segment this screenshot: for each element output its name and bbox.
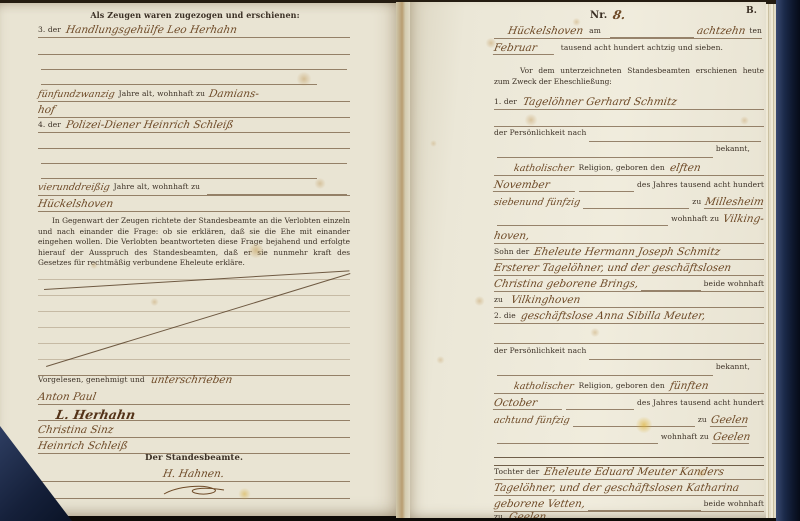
bride-birthyear: achtund fünfzig	[493, 415, 571, 426]
witness3-residence-b: hof	[37, 104, 56, 116]
groom-parents-1: Eheleute Hermann Joseph Schmitz	[533, 246, 721, 258]
groom-residence-line-b: hoven,	[494, 229, 764, 244]
bekannt-label: bekannt,	[716, 362, 750, 371]
registry-book-photo: Als Zeugen waren zugezogen und erschiene…	[0, 0, 800, 521]
residence-label: wohnhaft zu	[661, 432, 709, 441]
blank-fill-line	[497, 155, 713, 158]
flourish-line	[38, 484, 350, 499]
record-month: Februar	[493, 42, 556, 55]
groom-line: 1. der Tagelöhner Gerhard Schmitz	[494, 95, 764, 110]
bride-residence-line: wohnhaft zu Geelen	[494, 430, 764, 444]
blank-fill-line	[573, 424, 695, 427]
blank-ruled-line	[494, 329, 764, 344]
groom-residence-a: Vilking-	[722, 213, 765, 225]
groom-prefix: 1. der	[494, 97, 517, 106]
blank-fill-line	[497, 373, 713, 376]
record-place: Hückelshoven	[507, 25, 584, 37]
blank-fill-line	[41, 82, 317, 85]
zu-label: zu	[494, 512, 503, 518]
bride-parents-2: Tagelöhner, und der geschäftslosen Katha…	[493, 482, 740, 494]
intro-paragraph: Vor dem unterzeichneten Standesbeamten e…	[494, 66, 764, 87]
residence-label: wohnhaft zu	[671, 214, 719, 223]
witness4-name: Polizei-Diener Heinrich Schleiß	[65, 119, 234, 131]
declaration-paragraph: In Gegenwart der Zeugen richtete der Sta…	[38, 216, 350, 269]
blank-fill-line	[41, 176, 317, 179]
blank-fill-line	[566, 407, 634, 410]
groom-parents-line-3: Christina geborene Brings, beide wohnhaf…	[494, 277, 764, 292]
religion-label: Religion, geboren den	[579, 381, 665, 390]
bride-name: geschäftslose Anna Sibilla Meuter,	[520, 310, 706, 322]
signature-3: Christina Sinz	[37, 424, 114, 436]
bride-parents-line-2: Tagelöhner, und der geschäftslosen Katha…	[494, 481, 764, 496]
age-label: Jahre alt, wohnhaft zu	[119, 89, 205, 98]
record-number-label: Nr.	[590, 10, 607, 21]
unterschrieben-word: unterschrieben	[150, 374, 233, 386]
groom-parents-residence: Vilkinghoven	[510, 294, 581, 306]
blank-ruled-line	[38, 297, 350, 312]
bekannt-line	[38, 71, 350, 85]
blank-ruled-line	[38, 345, 350, 360]
bekannt-line: bekannt,	[494, 362, 764, 376]
bride-parents-line-1: Tochter der Eheleute Eduard Meuter Kande…	[494, 465, 764, 480]
blank-fill-line	[41, 67, 347, 70]
left-page: Als Zeugen waren zugezogen und erschiene…	[0, 3, 398, 516]
bekannt-label: bekannt,	[716, 144, 750, 153]
witness4-line: 4. der Polizei-Diener Heinrich Schleiß	[38, 118, 350, 133]
book-cover-right	[776, 0, 800, 521]
blank-ruled-line	[494, 112, 764, 127]
signature-1: Anton Paul	[37, 391, 97, 403]
groom-residence-b: hoven,	[493, 230, 530, 242]
witness3-age: fünfundzwanzig	[37, 89, 116, 100]
groom-parents-3: Christina geborene Brings,	[493, 278, 639, 290]
witness4-age: vierunddreißig	[37, 182, 111, 193]
witness4-prefix: 4. der	[38, 120, 61, 129]
year-prefix-label: des Jahres tausend acht hundert	[637, 398, 764, 407]
blank-fill-line	[610, 35, 694, 38]
vorgelesen-line: Vorgelesen, genehmigt und unterschrieben	[38, 373, 350, 387]
signature-flourish-icon	[162, 484, 226, 497]
bekannt-line: bekannt,	[494, 144, 764, 158]
witness4-age-line: vierunddreißig Jahre alt, wohnhaft zu	[38, 181, 350, 196]
identity-label-line: der Persönlichkeit nach	[494, 128, 764, 142]
bride-birthmonth: October	[493, 397, 564, 410]
bride-religion-line: katholischer Religion, geboren den fünft…	[494, 379, 764, 394]
groom-name: Tagelöhner Gerhard Schmitz	[522, 96, 678, 108]
witness3-prefix: 3. der	[38, 25, 61, 34]
witness3-residence-a: Damians-	[208, 88, 260, 100]
groom-birthmonth: November	[493, 179, 577, 192]
groom-residence-line: wohnhaft zu Vilking-	[494, 212, 764, 226]
beide-label: beide wohnhaft	[704, 499, 764, 508]
bride-parents-residence-line: zu Geelen	[494, 510, 694, 518]
sohn-label: Sohn der	[494, 247, 529, 256]
right-page: Nr. 8. B. Hückelshoven am achtzehn ten F…	[410, 2, 766, 518]
bride-line: 2. die geschäftslose Anna Sibilla Meuter…	[494, 309, 764, 324]
blank-ruled-line	[38, 329, 350, 344]
zu-label: zu	[692, 197, 701, 206]
witness-heading-text: Als Zeugen waren zugezogen und erschiene…	[90, 10, 299, 20]
vorgelesen-label: Vorgelesen, genehmigt und	[38, 375, 145, 384]
bride-parents-residence: Geelen	[508, 511, 547, 518]
groom-parents-line-1: Sohn der Eheleute Hermann Joseph Schmitz	[494, 245, 764, 260]
series-letter: B.	[746, 6, 766, 20]
registrar-heading: Der Standesbeamte.	[38, 453, 350, 467]
zu-label: zu	[494, 295, 503, 304]
blank-fill-line	[641, 288, 700, 291]
blank-ruled-line	[38, 40, 350, 55]
identity-label: der Persönlichkeit nach	[494, 346, 586, 355]
record-day: achtzehn	[696, 25, 747, 37]
religion-label: Religion, geboren den	[579, 163, 665, 172]
identity-label: der Persönlichkeit nach	[494, 128, 586, 137]
identity-label-line: der Persönlichkeit nach	[494, 346, 764, 360]
age-label: Jahre alt, wohnhaft zu	[114, 182, 200, 191]
witness3-age-line: fünfundzwanzig Jahre alt, wohnhaft zu Da…	[38, 87, 350, 102]
groom-parents-line-2: Ersterer Tagelöhner, und der geschäftslo…	[494, 261, 764, 276]
blank-ruled-line	[494, 451, 764, 466]
blank-fill-line	[497, 223, 668, 226]
registrar-signature: H. Hahnen.	[162, 468, 225, 480]
year-prefix-label: des Jahres tausend acht hundert	[637, 180, 764, 189]
blank-fill-line	[589, 139, 761, 142]
identity-label-line	[38, 56, 350, 70]
registrar-label: Der Standesbeamte.	[145, 453, 243, 463]
bride-birthmonth-line: October des Jahres tausend acht hundert	[494, 396, 764, 410]
witness3-line: 3. der Handlungsgehülfe Leo Herhahn	[38, 23, 350, 38]
bride-parents-3: geborene Vetten,	[493, 498, 586, 510]
record-number: Nr. 8.	[590, 7, 690, 21]
groom-birthmonth-line: November des Jahres tausend acht hundert	[494, 178, 764, 192]
identity-label-line	[38, 150, 350, 164]
series-letter-text: B.	[746, 6, 757, 16]
bride-birthplace: Geelen	[710, 414, 749, 427]
witness3-name: Handlungsgehülfe Leo Herhahn	[65, 24, 238, 36]
tochter-label: Tochter der	[494, 467, 539, 476]
bride-birthday: fünften	[669, 380, 710, 392]
registrar-signature-line: H. Hahnen.	[38, 467, 350, 482]
groom-parents-residence-line: zu Vilkinghoven	[494, 293, 764, 308]
bride-birthyear-line: achtund fünfzig zu Geelen	[494, 413, 764, 427]
blank-fill-line	[207, 192, 347, 195]
bekannt-line	[38, 165, 350, 179]
ten-suffix: ten	[749, 26, 762, 35]
blank-fill-line	[583, 206, 689, 209]
blank-ruled-line	[38, 134, 350, 149]
groom-religion: katholischer	[513, 163, 575, 174]
groom-birthyear: siebenund fünfzig	[493, 197, 581, 208]
place-date-line: Hückelshoven am achtzehn ten	[494, 24, 762, 39]
zu-label: zu	[698, 415, 707, 424]
bride-parents-1: Eheleute Eduard Meuter Kanders	[543, 466, 725, 478]
blank-ruled-line	[38, 281, 350, 296]
signature-line: Anton Paul	[38, 390, 350, 405]
year-text: tausend acht hundert achtzig und sieben.	[561, 43, 723, 52]
signature-4: Heinrich Schleiß	[37, 440, 129, 452]
am-label: am	[589, 26, 601, 35]
groom-religion-line: katholischer Religion, geboren den elfte…	[494, 161, 764, 176]
signature-line: Christina Sinz	[38, 423, 350, 438]
bride-religion: katholischer	[513, 381, 575, 392]
groom-parents-2: Ersterer Tagelöhner, und der geschäftslo…	[493, 262, 732, 274]
blank-fill-line	[589, 357, 761, 360]
bride-prefix: 2. die	[494, 311, 516, 320]
witness-heading: Als Zeugen waren zugezogen und erschiene…	[40, 10, 350, 24]
groom-birthday: elften	[669, 162, 702, 174]
blank-fill-line	[579, 189, 634, 192]
signature-line: Heinrich Schleiß	[38, 439, 350, 454]
groom-birthyear-line: siebenund fünfzig zu Millesheim	[494, 195, 764, 209]
signature-2: L. Herhahn	[55, 407, 137, 422]
groom-birthplace: Millesheim	[704, 196, 765, 209]
month-year-line: Februar tausend acht hundert achtzig und…	[494, 41, 762, 55]
witness4-residence-line: Hückelshoven	[38, 197, 350, 212]
blank-fill-line	[41, 161, 347, 164]
record-number-value: 8.	[612, 8, 627, 22]
signature-line: L. Herhahn	[38, 406, 350, 421]
witness4-residence: Hückelshoven	[37, 198, 114, 210]
beide-label: beide wohnhaft	[704, 279, 764, 288]
witness3-residence-b-line: hof	[38, 103, 350, 118]
